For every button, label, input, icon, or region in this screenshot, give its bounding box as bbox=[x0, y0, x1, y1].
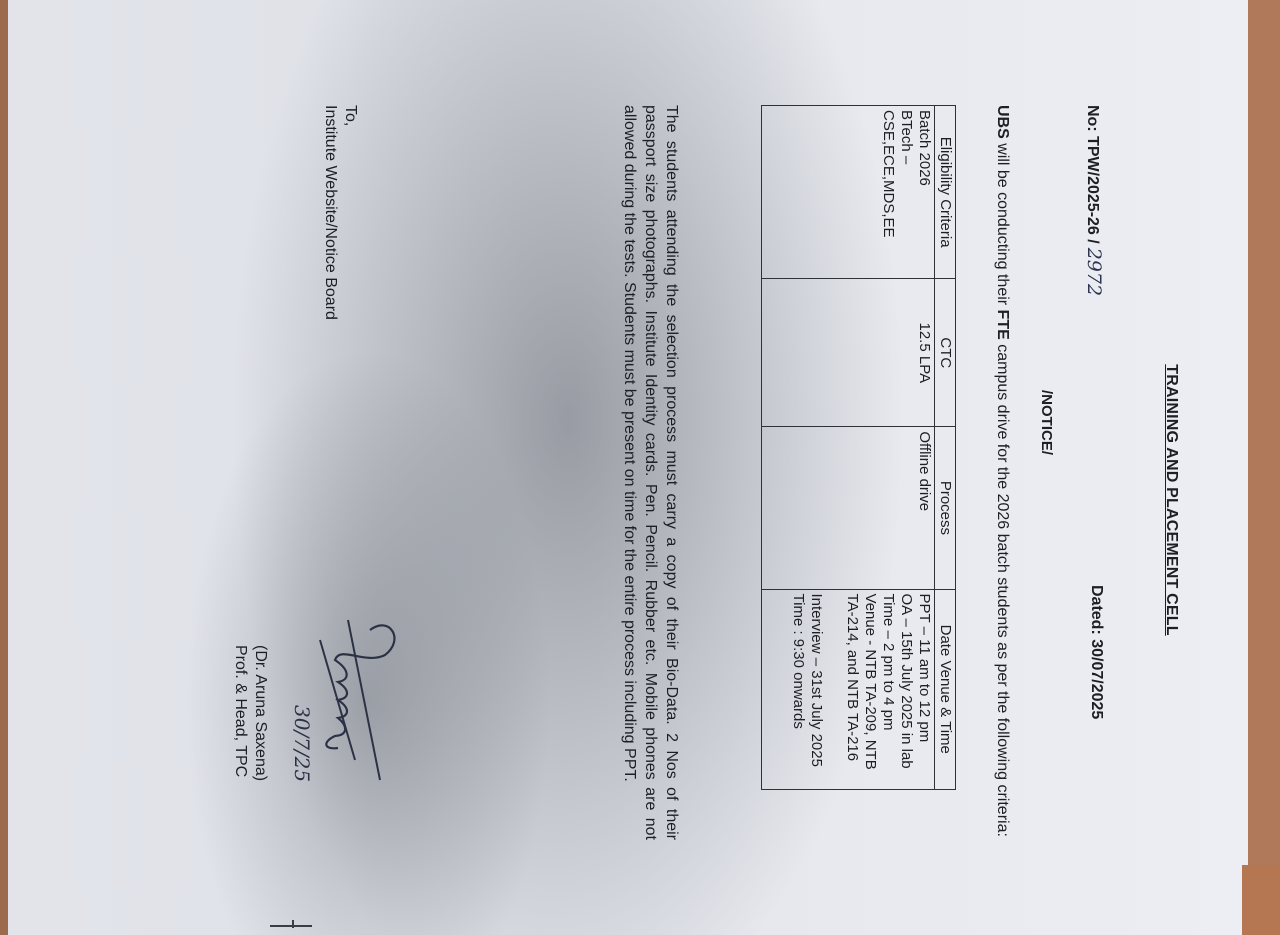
header-eligibility: Eligibility Criteria bbox=[935, 106, 956, 279]
header-schedule: Date Venue & Time bbox=[935, 589, 956, 789]
notice-date: Dated: 30/07/2025 bbox=[1087, 585, 1105, 719]
cell-heading: TRAINING AND PLACEMENT CELL bbox=[1162, 70, 1180, 930]
table-surface-corner bbox=[1242, 865, 1280, 935]
cell-schedule: PPT – 11 am to 12 pm OA – 15th July 2025… bbox=[762, 589, 935, 789]
drive-type: FTE bbox=[994, 310, 1011, 340]
signature: 30/7/25 bbox=[260, 610, 410, 810]
intro-paragraph: UBS will be conducting their FTE campus … bbox=[993, 105, 1012, 865]
header-process: Process bbox=[935, 427, 956, 589]
signatory-name: (Dr. Aruna Saxena) bbox=[250, 645, 270, 781]
margin-mark-tick bbox=[292, 920, 294, 928]
table-row: Batch 2026 BTech – CSE,ECE,MDS,EE 12.5 L… bbox=[762, 106, 935, 790]
recipient-label: To, bbox=[340, 105, 360, 320]
signatory-block: (Dr. Aruna Saxena) Prof. & Head, TPC bbox=[230, 645, 270, 781]
company-name: UBS bbox=[994, 105, 1011, 139]
cell-eligibility: Batch 2026 BTech – CSE,ECE,MDS,EE bbox=[762, 106, 935, 279]
cell-process: Offline drive bbox=[762, 427, 935, 589]
notice-page: TRAINING AND PLACEMENT CELL No: TPW/2025… bbox=[120, 70, 1180, 930]
reference-label: No: TPW/2025-26 / bbox=[1084, 105, 1101, 244]
intro-text-2: campus drive for the 2026 batch students… bbox=[994, 340, 1011, 837]
reference-handwritten: 2972 bbox=[1083, 248, 1105, 296]
signature-date: 30/7/25 bbox=[290, 705, 314, 782]
criteria-table: Eligibility Criteria CTC Process Date Ve… bbox=[761, 105, 956, 790]
notice-title: /NOTICE/ bbox=[1038, 390, 1055, 455]
instructions-paragraph: The students attending the selection pro… bbox=[619, 105, 682, 840]
intro-text-1: will be conducting their bbox=[994, 139, 1011, 310]
margin-mark bbox=[270, 925, 312, 927]
recipient: Institute Website/Notice Board bbox=[320, 105, 340, 320]
signature-scribble-icon: 30/7/25 bbox=[260, 610, 410, 810]
header-ctc: CTC bbox=[935, 279, 956, 427]
recipient-block: To, Institute Website/Notice Board bbox=[320, 105, 360, 320]
signatory-title: Prof. & Head, TPC bbox=[230, 645, 250, 781]
reference-number: No: TPW/2025-26 /2972 bbox=[1083, 105, 1105, 296]
table-surface-left bbox=[0, 0, 8, 935]
table-header-row: Eligibility Criteria CTC Process Date Ve… bbox=[935, 106, 956, 790]
cell-ctc: 12.5 LPA bbox=[762, 279, 935, 427]
